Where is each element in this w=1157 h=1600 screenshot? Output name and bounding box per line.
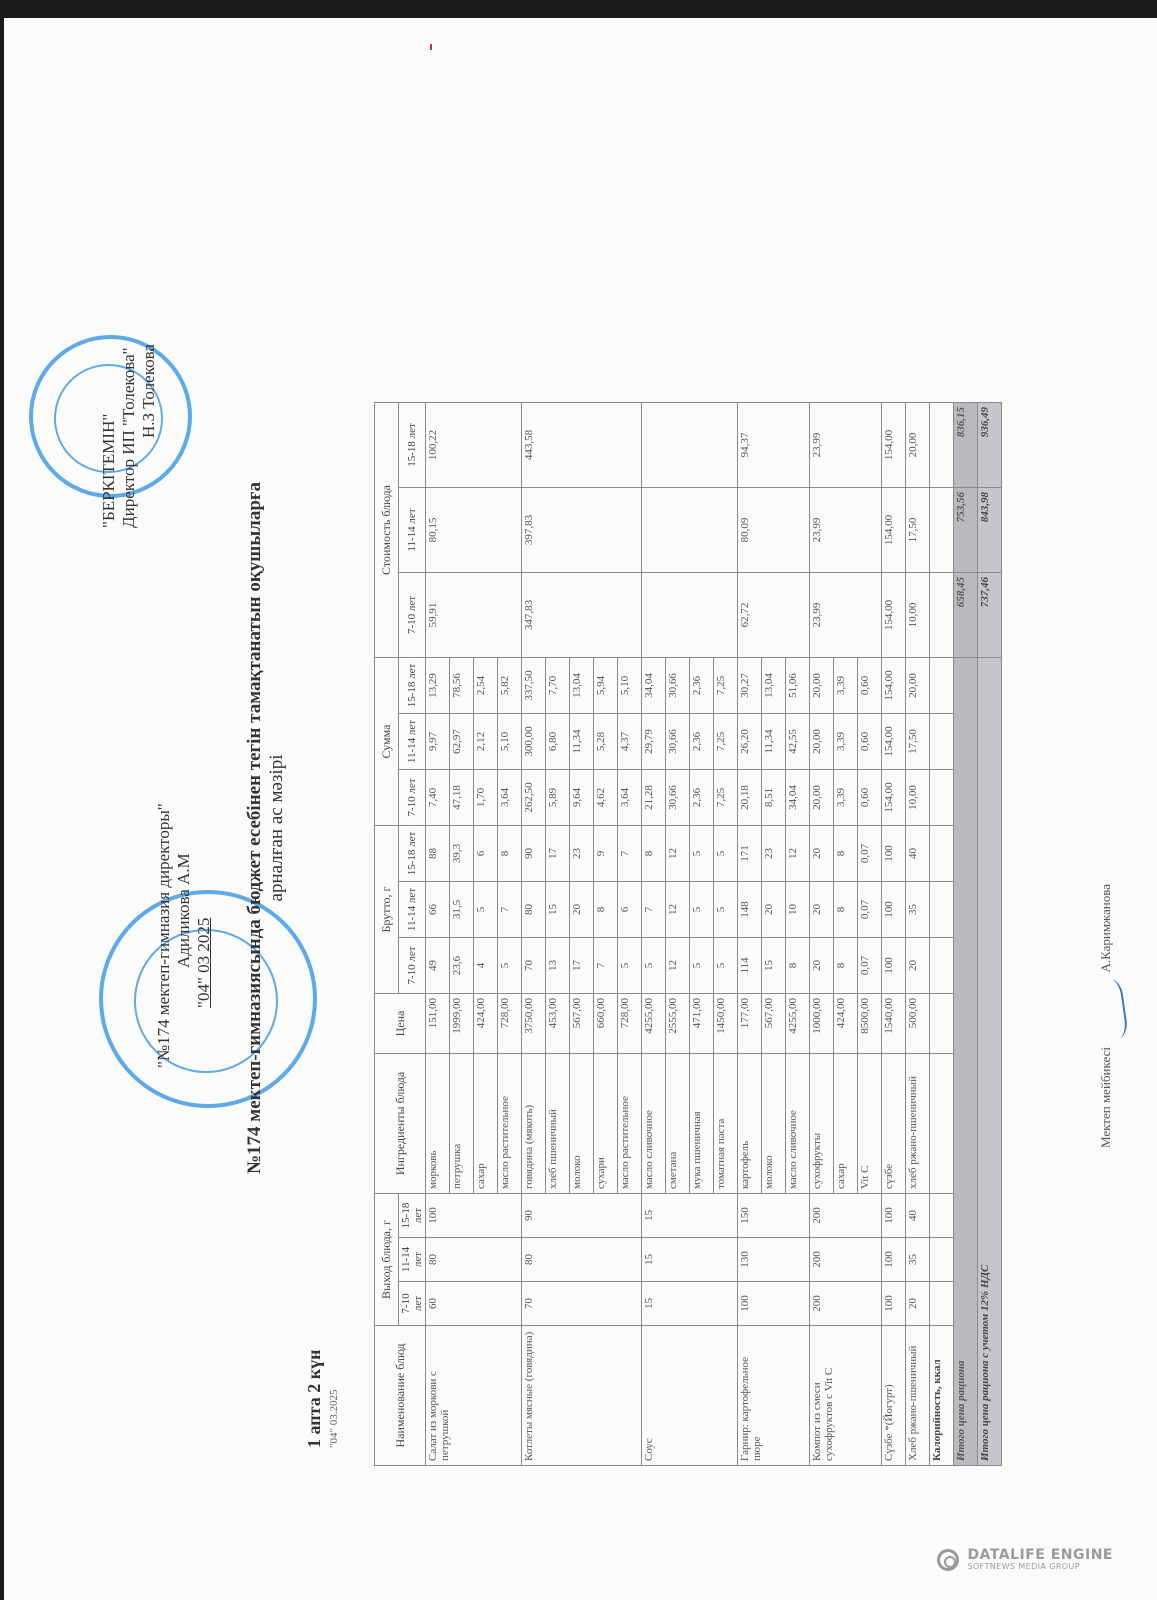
dish-cost: 10,00 (906, 573, 930, 658)
dish-cost: 154,00 (882, 573, 906, 658)
total-vat-row-label: Итого цена рациона с учетом 12% НДС (978, 658, 1002, 1466)
ingredient-brutto: 12 (666, 938, 690, 994)
ingredient-sum: 17,50 (906, 714, 930, 770)
ingredient-price: 728,00 (498, 994, 522, 1054)
ingredient-brutto: 20 (762, 882, 786, 938)
dish-output: 100 (882, 1194, 906, 1238)
total-row-value: 753,56 (954, 488, 978, 573)
empty-cell (930, 1194, 954, 1238)
dish-cost: 59,91 (426, 573, 522, 658)
watermark: DATALIFE ENGINE SOFTNEWS MEDIA GROUP (937, 1548, 1113, 1572)
header-age-group: 11-14 лет (399, 488, 426, 573)
ingredient-brutto: 100 (882, 826, 906, 882)
ingredient-price: 2555,00 (666, 994, 690, 1054)
ingredient-brutto: 5 (642, 938, 666, 994)
ingredient-brutto: 100 (882, 938, 906, 994)
dish-output: 200 (810, 1194, 882, 1238)
ingredient-sum: 337,50 (522, 658, 546, 714)
ingredient-sum: 20,18 (738, 770, 762, 826)
total-vat-row: Итого цена рациона с учетом 12% НДС737,4… (978, 403, 1002, 1466)
dish-output: 80 (522, 1238, 642, 1282)
empty-cell (930, 403, 954, 488)
ingredient-brutto: 23 (762, 826, 786, 882)
ingredient-brutto: 5 (690, 938, 714, 994)
ingredient-sum: 30,66 (666, 658, 690, 714)
ingredient-sum: 47,18 (450, 770, 474, 826)
header-age-group: 7-10 лет (399, 770, 426, 826)
approval-right-line3: "04" 03 2025 (194, 803, 214, 1068)
ingredient-brutto: 7 (594, 938, 618, 994)
header-ingredients: Ингредиенты блюда (375, 1054, 426, 1194)
ingredient-price: 1540,00 (882, 994, 906, 1054)
header-sum: Сумма (375, 658, 399, 826)
dish-cost: 62,72 (738, 573, 810, 658)
ingredient-name: молоко (762, 1054, 786, 1194)
ingredient-brutto: 8 (834, 826, 858, 882)
ingredient-sum: 2,54 (474, 658, 498, 714)
ingredient-price: 4255,00 (786, 994, 810, 1054)
ingredient-sum: 13,04 (762, 658, 786, 714)
ingredient-sum: 78,56 (450, 658, 474, 714)
header-age-group: 15-18 лет (399, 1194, 426, 1238)
dish-cost: 23,99 (810, 403, 882, 488)
ingredient-sum: 154,00 (882, 714, 906, 770)
dish-name: Сүзбе *(Йогурт) (882, 1326, 906, 1466)
ingredient-sum: 11,34 (762, 714, 786, 770)
ingredient-brutto: 49 (426, 938, 450, 994)
ingredient-brutto: 8 (594, 882, 618, 938)
ingredient-name: масло растительное (618, 1054, 642, 1194)
ingredient-sum: 2,36 (690, 770, 714, 826)
header-age-group: 11-14 лет (399, 1238, 426, 1282)
ingredient-sum: 5,89 (546, 770, 570, 826)
ingredient-price: 4255,00 (642, 994, 666, 1054)
ingredient-brutto: 171 (738, 826, 762, 882)
ingredient-price: 151,00 (426, 994, 450, 1054)
ingredient-price: 453,00 (546, 994, 570, 1054)
document-title: №174 мектеп-гимназиясында бюджет есебіне… (244, 278, 288, 1378)
empty-cell (930, 573, 954, 658)
ingredient-sum: 2,36 (690, 714, 714, 770)
ingredient-name: сметана (666, 1054, 690, 1194)
total-row: Итого цена рациона658,45753,56836,15 (954, 403, 978, 1466)
header-age-group: 7-10 лет (399, 573, 426, 658)
ingredient-sum: 5,82 (498, 658, 522, 714)
ingredient-brutto: 20 (810, 882, 834, 938)
empty-cell (930, 714, 954, 770)
datalife-logo-icon (937, 1549, 959, 1571)
table-row: Котлеты мясные (говядина)708090говядина … (522, 403, 546, 1466)
dish-output: 80 (426, 1238, 522, 1282)
ingredient-sum: 7,25 (714, 770, 738, 826)
approval-right-line1: "№174 мектеп-гимназия директоры" (154, 803, 174, 1068)
header-age-group: 11-14 лет (399, 882, 426, 938)
ingredient-name: томатная паста (714, 1054, 738, 1194)
rotated-document: "БЕРКІТЕМІН" Директор ИП "Толекова" Н.З … (4, 18, 1134, 1578)
ingredient-sum: 3,39 (834, 770, 858, 826)
kcal-row: Калорийность, ккал (930, 403, 954, 1466)
dish-cost (642, 488, 738, 573)
handwritten-signature-icon (1085, 978, 1129, 1042)
table-row: Соус151515масло сливочное4255,0057821,28… (642, 403, 666, 1466)
header-age-group: 15-18 лет (399, 826, 426, 882)
ingredient-brutto: 31,5 (450, 882, 474, 938)
header-age-group: 11-14 лет (399, 714, 426, 770)
ingredient-sum: 26,20 (738, 714, 762, 770)
ingredient-sum: 29,79 (642, 714, 666, 770)
ingredient-sum: 5,28 (594, 714, 618, 770)
ingredient-sum: 30,66 (666, 714, 690, 770)
dish-output: 200 (810, 1282, 882, 1326)
ingredient-sum: 3,64 (618, 770, 642, 826)
header-dish: Наименование блюд (375, 1326, 426, 1466)
ingredient-sum: 154,00 (882, 658, 906, 714)
ingredient-brutto: 12 (666, 882, 690, 938)
kcal-label: Калорийность, ккал (930, 1326, 954, 1466)
ingredient-brutto: 13 (546, 938, 570, 994)
ingredient-sum: 5,94 (594, 658, 618, 714)
ingredient-brutto: 5 (714, 882, 738, 938)
ingredient-brutto: 23,6 (450, 938, 474, 994)
dish-cost: 20,00 (906, 403, 930, 488)
dish-cost: 397,83 (522, 488, 642, 573)
dish-output: 150 (738, 1194, 810, 1238)
dish-cost: 154,00 (882, 488, 906, 573)
document-title-line1: №174 мектеп-гимназиясында бюджет есебіне… (244, 482, 265, 1174)
ingredient-brutto: 20 (570, 882, 594, 938)
ingredient-sum: 3,64 (498, 770, 522, 826)
ingredient-brutto: 148 (738, 882, 762, 938)
ingredient-brutto: 8 (642, 826, 666, 882)
table-row: Салат из моркови с петрушкой6080100морко… (426, 403, 450, 1466)
ingredient-sum: 20,00 (810, 714, 834, 770)
ingredient-brutto: 7 (642, 882, 666, 938)
document-title-line2: арналған ас мәзірі (266, 755, 287, 902)
dish-output: 15 (642, 1194, 738, 1238)
ingredient-brutto: 88 (426, 826, 450, 882)
ingredient-brutto: 6 (474, 826, 498, 882)
ingredient-sum: 3,39 (834, 714, 858, 770)
empty-cell (930, 938, 954, 994)
ingredient-brutto: 70 (522, 938, 546, 994)
empty-cell (930, 994, 954, 1054)
ingredient-brutto: 20 (810, 938, 834, 994)
ingredient-brutto: 9 (594, 826, 618, 882)
total-vat-row-value: 843,98 (978, 488, 1002, 573)
dish-name: Соус (642, 1326, 738, 1466)
dish-cost: 94,37 (738, 403, 810, 488)
approval-left: "БЕРКІТЕМІН" Директор ИП "Толекова" Н.З … (99, 344, 159, 528)
ingredient-sum: 34,04 (642, 658, 666, 714)
table-row: Гарнир: картофельное пюре100130150картоф… (738, 403, 762, 1466)
header-cost: Стоимость блюда (375, 403, 399, 658)
dish-output: 40 (906, 1194, 930, 1238)
ingredient-price: 424,00 (834, 994, 858, 1054)
ingredient-brutto: 40 (906, 826, 930, 882)
ingredient-name: сухари (594, 1054, 618, 1194)
ingredient-sum: 7,40 (426, 770, 450, 826)
dish-name: Котлеты мясные (говядина) (522, 1326, 642, 1466)
dish-cost: 80,15 (426, 488, 522, 573)
ingredient-brutto: 0,07 (858, 882, 882, 938)
ingredient-sum: 21,28 (642, 770, 666, 826)
ingredient-brutto: 8 (834, 882, 858, 938)
ingredient-name: сахар (474, 1054, 498, 1194)
ingredient-name: морковь (426, 1054, 450, 1194)
total-row-value: 658,45 (954, 573, 978, 658)
ingredient-price: 500,00 (906, 994, 930, 1054)
ingredient-price: 3750,00 (522, 994, 546, 1054)
ingredient-brutto: 8 (498, 826, 522, 882)
ingredient-sum: 30,27 (738, 658, 762, 714)
scanned-page: "БЕРКІТЕМІН" Директор ИП "Толекова" Н.З … (4, 18, 1157, 1600)
total-vat-row-value: 936,49 (978, 403, 1002, 488)
header-price: Цена (375, 994, 426, 1054)
table-row: Сүзбе *(Йогурт)100100100сүзбе1540,001001… (882, 403, 906, 1466)
age-group-header-row: 7-10 лет11-14 лет15-18 лет7-10 лет11-14 … (399, 403, 426, 1466)
ingredient-name: масло сливочное (786, 1054, 810, 1194)
ingredient-sum: 10,00 (906, 770, 930, 826)
approval-left-line3: Н.З Толекова (139, 344, 159, 528)
ingredient-sum: 8,51 (762, 770, 786, 826)
header-age-group: 15-18 лет (399, 658, 426, 714)
ingredient-brutto: 20 (810, 826, 834, 882)
menu-table: Наименование блюд Выход блюда, г Ингреди… (374, 402, 1002, 1466)
signature-label: Мектеп мейбикесі (1098, 1047, 1113, 1148)
ingredient-sum: 4,37 (618, 714, 642, 770)
table-row: Компот из смеси сухофруктов с Vit C20020… (810, 403, 834, 1466)
ingredient-brutto: 66 (426, 882, 450, 938)
ingredient-name: мука пшеничная (690, 1054, 714, 1194)
header-age-group: 7-10 лет (399, 938, 426, 994)
ingredient-brutto: 6 (618, 882, 642, 938)
ingredient-brutto: 5 (690, 826, 714, 882)
dish-output: 15 (642, 1282, 738, 1326)
ingredient-name: сүзбе (882, 1054, 906, 1194)
ingredient-brutto: 0,07 (858, 938, 882, 994)
empty-cell (930, 826, 954, 882)
ingredient-brutto: 5 (618, 938, 642, 994)
ingredient-sum: 1,70 (474, 770, 498, 826)
ingredient-sum: 9,64 (570, 770, 594, 826)
ingredient-sum: 4,62 (594, 770, 618, 826)
ingredient-brutto: 5 (474, 882, 498, 938)
dish-cost: 80,09 (738, 488, 810, 573)
ingredient-brutto: 15 (762, 938, 786, 994)
ingredient-brutto: 5 (498, 938, 522, 994)
ingredient-brutto: 114 (738, 938, 762, 994)
empty-cell (930, 1282, 954, 1326)
dish-cost: 17,50 (906, 488, 930, 573)
ingredient-name: молоко (570, 1054, 594, 1194)
ingredient-name: картофель (738, 1054, 762, 1194)
dish-cost (642, 573, 738, 658)
ingredient-brutto: 5 (714, 826, 738, 882)
ingredient-sum: 154,00 (882, 770, 906, 826)
ingredient-price: 1450,00 (714, 994, 738, 1054)
dish-name: Салат из моркови с петрушкой (426, 1326, 522, 1466)
dish-output: 100 (882, 1282, 906, 1326)
dish-name: Компот из смеси сухофруктов с Vit C (810, 1326, 882, 1466)
ingredient-brutto: 12 (666, 826, 690, 882)
ingredient-name: масло растительное (498, 1054, 522, 1194)
ingredient-brutto: 10 (786, 882, 810, 938)
ingredient-sum: 6,80 (546, 714, 570, 770)
empty-cell (930, 770, 954, 826)
ingredient-name: петрушка (450, 1054, 474, 1194)
ingredient-sum: 20,00 (810, 658, 834, 714)
dish-output: 100 (426, 1194, 522, 1238)
ingredient-name: сухофрукты (810, 1054, 834, 1194)
ingredient-brutto: 23 (570, 826, 594, 882)
approval-left-line2: Директор ИП "Толекова" (119, 344, 139, 528)
menu-table-body: Салат из моркови с петрушкой6080100морко… (426, 403, 1002, 1466)
ingredient-brutto: 0,07 (858, 826, 882, 882)
ingredient-price: 728,00 (618, 994, 642, 1054)
watermark-title: DATALIFE ENGINE (967, 1548, 1113, 1562)
ingredient-sum: 5,10 (618, 658, 642, 714)
ingredient-sum: 3,39 (834, 658, 858, 714)
ingredient-name: говядина (мякоть) (522, 1054, 546, 1194)
ingredient-price: 8500,00 (858, 994, 882, 1054)
ingredient-brutto: 4 (474, 938, 498, 994)
ingredient-brutto: 90 (522, 826, 546, 882)
ingredient-price: 567,00 (762, 994, 786, 1054)
ingredient-brutto: 17 (546, 826, 570, 882)
approval-right: "№174 мектеп-гимназия директоры" Адилико… (154, 803, 214, 1068)
dish-output: 100 (738, 1282, 810, 1326)
dish-output: 200 (810, 1238, 882, 1282)
ingredient-name: хлеб ржано-пшеничный (906, 1054, 930, 1194)
ingredient-brutto: 8 (786, 938, 810, 994)
ingredient-price: 1000,00 (810, 994, 834, 1054)
dish-output: 35 (906, 1238, 930, 1282)
ingredient-price: 1999,00 (450, 994, 474, 1054)
ingredient-name: Vit C (858, 1054, 882, 1194)
total-vat-row-value: 737,46 (978, 573, 1002, 658)
dish-output: 15 (642, 1238, 738, 1282)
total-row-label: Итого цена рациона (954, 658, 978, 1466)
dish-cost: 23,99 (810, 488, 882, 573)
dish-cost: 347,83 (522, 573, 642, 658)
ingredient-sum: 0,60 (858, 770, 882, 826)
ingredient-name: сахар (834, 1054, 858, 1194)
ingredient-price: 567,00 (570, 994, 594, 1054)
ingredient-sum: 13,29 (426, 658, 450, 714)
header-age-group: 15-18 лет (399, 403, 426, 488)
approval-left-line1: "БЕРКІТЕМІН" (99, 344, 119, 528)
dish-cost: 23,99 (810, 573, 882, 658)
dish-cost (642, 403, 738, 488)
dish-output: 60 (426, 1282, 522, 1326)
dish-cost: 154,00 (882, 403, 906, 488)
ingredient-sum: 13,04 (570, 658, 594, 714)
dish-cost: 100,22 (426, 403, 522, 488)
ingredient-sum: 0,60 (858, 714, 882, 770)
ingredient-price: 177,00 (738, 994, 762, 1054)
dish-name: Хлеб ржано-пшеничный (906, 1326, 930, 1466)
ingredient-brutto: 5 (714, 938, 738, 994)
ingredient-sum: 42,55 (786, 714, 810, 770)
ingredient-sum: 262,50 (522, 770, 546, 826)
ingredient-brutto: 35 (906, 882, 930, 938)
ingredient-sum: 2,12 (474, 714, 498, 770)
ingredient-sum: 7,25 (714, 658, 738, 714)
dish-output: 100 (882, 1238, 906, 1282)
empty-cell (930, 658, 954, 714)
ingredient-brutto: 15 (546, 882, 570, 938)
ingredient-sum: 20,00 (906, 658, 930, 714)
empty-cell (930, 488, 954, 573)
dish-output: 130 (738, 1238, 810, 1282)
ingredient-brutto: 39,3 (450, 826, 474, 882)
ingredient-brutto: 100 (882, 882, 906, 938)
empty-cell (930, 882, 954, 938)
table-row: Хлеб ржано-пшеничный203540хлеб ржано-пше… (906, 403, 930, 1466)
ingredient-price: 471,00 (690, 994, 714, 1054)
ingredient-sum: 20,00 (810, 770, 834, 826)
ingredient-name: хлеб пшеничный (546, 1054, 570, 1194)
ingredient-brutto: 7 (498, 882, 522, 938)
dish-output: 70 (522, 1282, 642, 1326)
ingredient-brutto: 17 (570, 938, 594, 994)
empty-cell (930, 1238, 954, 1282)
header-output: Выход блюда, г (375, 1194, 399, 1326)
signature-name: А.Каримжанова (1098, 884, 1113, 973)
dish-output: 90 (522, 1194, 642, 1238)
dish-output: 20 (906, 1282, 930, 1326)
approval-right-line2: Адиликова А.М (174, 803, 194, 1068)
ingredient-sum: 11,34 (570, 714, 594, 770)
ingredient-sum: 34,04 (786, 770, 810, 826)
day-date: "04" 03.2025 (328, 1390, 340, 1448)
ingredient-brutto: 8 (834, 938, 858, 994)
ingredient-sum: 51,06 (786, 658, 810, 714)
ingredient-brutto: 5 (690, 882, 714, 938)
ingredient-brutto: 7 (618, 826, 642, 882)
ingredient-sum: 7,25 (714, 714, 738, 770)
ingredient-sum: 62,97 (450, 714, 474, 770)
ingredient-sum: 2,36 (690, 658, 714, 714)
ingredient-sum: 300,00 (522, 714, 546, 770)
ingredient-sum: 5,10 (498, 714, 522, 770)
ingredient-brutto: 12 (786, 826, 810, 882)
ingredient-price: 424,00 (474, 994, 498, 1054)
ingredient-sum: 0,60 (858, 658, 882, 714)
ingredient-brutto: 20 (906, 938, 930, 994)
empty-cell (930, 1054, 954, 1194)
dish-name: Гарнир: картофельное пюре (738, 1326, 810, 1466)
ingredient-brutto: 80 (522, 882, 546, 938)
nurse-signature: Мектеп мейбикесі А.Каримжанова (1089, 884, 1125, 1148)
ingredient-name: масло сливочное (642, 1054, 666, 1194)
ingredient-sum: 9,97 (426, 714, 450, 770)
ingredient-price: 660,00 (594, 994, 618, 1054)
ingredient-sum: 7,70 (546, 658, 570, 714)
day-title: 1 апта 2 күн (304, 1350, 325, 1448)
dish-cost: 443,58 (522, 403, 642, 488)
watermark-subtitle: SOFTNEWS MEDIA GROUP (967, 1562, 1113, 1572)
header-age-group: 7-10 лет (399, 1282, 426, 1326)
header-brutto: Брутто, г (375, 826, 399, 994)
total-row-value: 836,15 (954, 403, 978, 488)
ingredient-sum: 30,66 (666, 770, 690, 826)
